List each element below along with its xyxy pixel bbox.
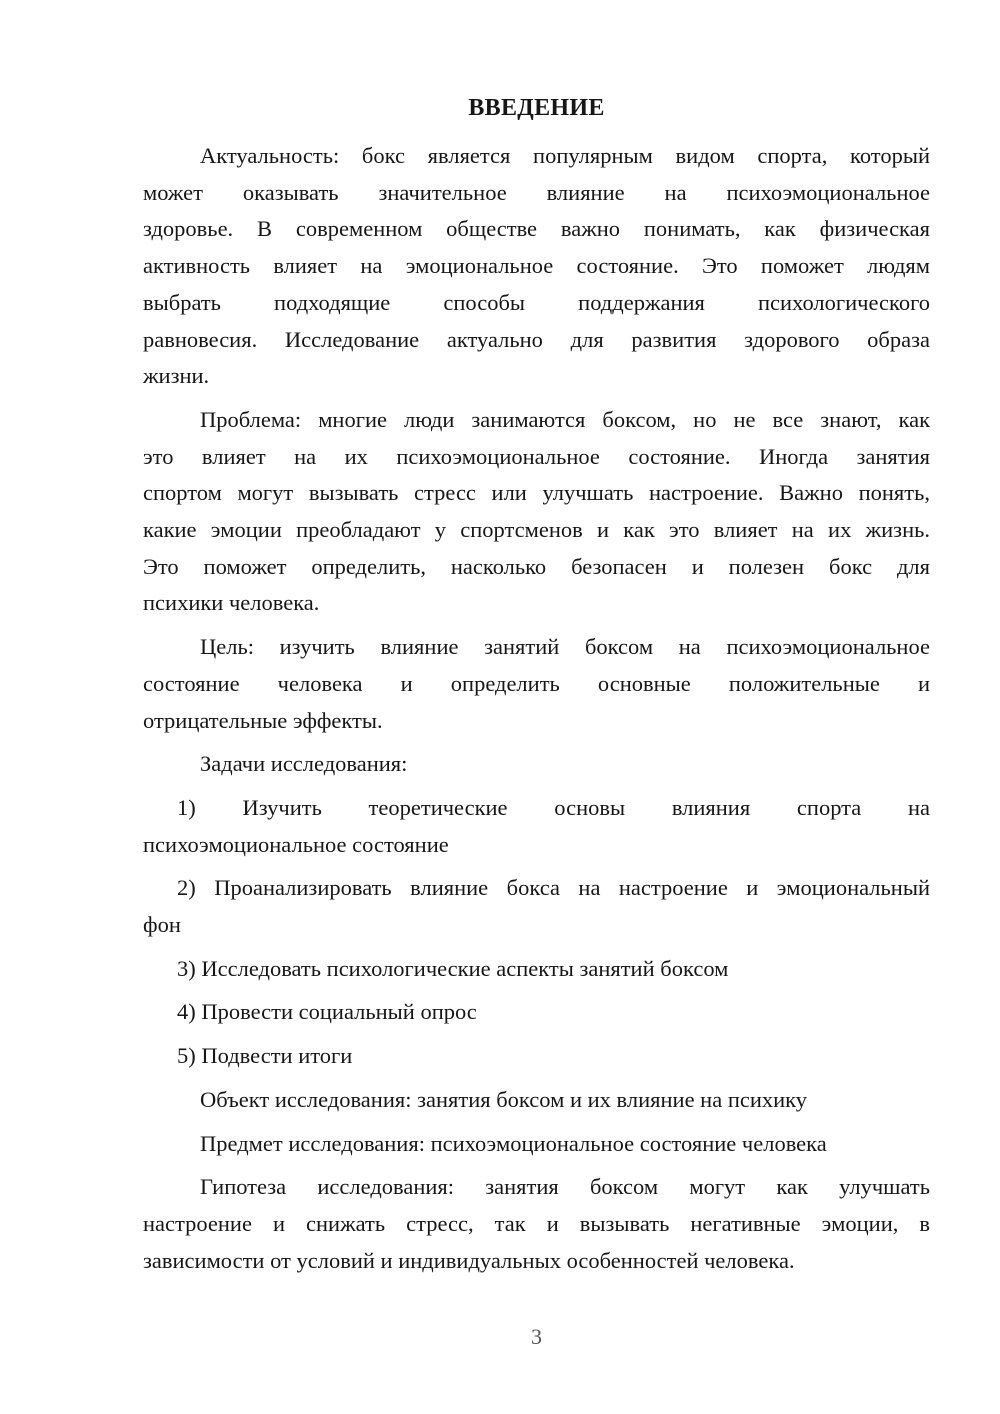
text-line: Цель: изучить влияние занятий боксом на …	[143, 629, 930, 666]
text-line: состояние человека и определить основные…	[143, 666, 930, 703]
text-line: Предмет исследования: психоэмоциональное…	[143, 1126, 930, 1163]
text-line: какие эмоции преобладают у спортсменов и…	[143, 512, 930, 549]
document-content: ВВЕДЕНИЕ Актуальность: бокс является поп…	[143, 90, 930, 1286]
text-line: Объект исследования: занятия боксом и их…	[143, 1082, 930, 1119]
text-line: Это поможет определить, насколько безопа…	[143, 549, 930, 586]
paragraph-tasks-heading: Задачи исследования:	[143, 746, 930, 783]
text-line: активность влияет на эмоциональное состо…	[143, 248, 930, 285]
paragraph-goal: Цель: изучить влияние занятий боксом на …	[143, 629, 930, 739]
text-line: жизни.	[143, 358, 930, 395]
text-line: Гипотеза исследования: занятия боксом мо…	[143, 1169, 930, 1206]
text-line: 2) Проанализировать влияние бокса на нас…	[143, 870, 930, 907]
text-line: может оказывать значительное влияние на …	[143, 175, 930, 212]
page-number: 3	[143, 1322, 930, 1352]
paragraph-hypothesis: Гипотеза исследования: занятия боксом мо…	[143, 1169, 930, 1279]
text-line: фон	[143, 907, 930, 944]
paragraph-problem: Проблема: многие люди занимаются боксом,…	[143, 402, 930, 622]
text-line: спортом могут вызывать стресс или улучша…	[143, 475, 930, 512]
page-title: ВВЕДЕНИЕ	[143, 90, 930, 127]
document-body: Актуальность: бокс является популярным в…	[143, 138, 930, 1279]
text-line: настроение и снижать стресс, так и вызыв…	[143, 1206, 930, 1243]
paragraph-research-subject: Предмет исследования: психоэмоциональное…	[143, 1126, 930, 1163]
text-line: психики человека.	[143, 585, 930, 622]
text-line: отрицательные эффекты.	[143, 703, 930, 740]
text-line: здоровье. В современном обществе важно п…	[143, 211, 930, 248]
paragraph-task-2: 2) Проанализировать влияние бокса на нас…	[143, 870, 930, 943]
text-line: Проблема: многие люди занимаются боксом,…	[143, 402, 930, 439]
text-line: Актуальность: бокс является популярным в…	[143, 138, 930, 175]
text-line: 1) Изучить теоретические основы влияния …	[143, 790, 930, 827]
text-line: зависимости от условий и индивидуальных …	[143, 1243, 930, 1280]
text-line: 3) Исследовать психологические аспекты з…	[143, 951, 930, 988]
text-line: это влияет на их психоэмоциональное сост…	[143, 439, 930, 476]
text-line: равновесия. Исследование актуально для р…	[143, 322, 930, 359]
paragraph-task-3: 3) Исследовать психологические аспекты з…	[143, 951, 930, 988]
text-line: 4) Провести социальный опрос	[143, 994, 930, 1031]
text-line: выбрать подходящие способы поддержания п…	[143, 285, 930, 322]
paragraph-task-4: 4) Провести социальный опрос	[143, 994, 930, 1031]
paragraph-task-5: 5) Подвести итоги	[143, 1038, 930, 1075]
text-line: Задачи исследования:	[143, 746, 930, 783]
text-line: 5) Подвести итоги	[143, 1038, 930, 1075]
paragraph-research-object: Объект исследования: занятия боксом и их…	[143, 1082, 930, 1119]
text-line: психоэмоциональное состояние	[143, 827, 930, 864]
paragraph-actuality: Актуальность: бокс является популярным в…	[143, 138, 930, 395]
document-page: ВВЕДЕНИЕ Актуальность: бокс является поп…	[0, 0, 1000, 1414]
paragraph-task-1: 1) Изучить теоретические основы влияния …	[143, 790, 930, 863]
